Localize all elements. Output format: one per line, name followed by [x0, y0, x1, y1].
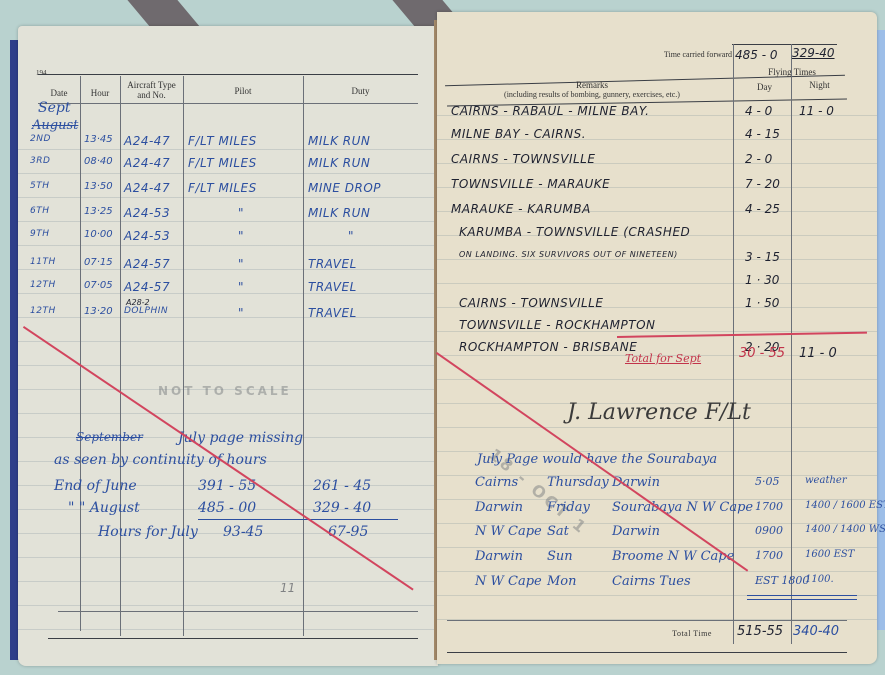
note-line-2: as seen by continuity of hours	[54, 452, 267, 468]
note-july-day: 93-45	[223, 524, 263, 540]
flying-time-day: 4 - 15	[745, 127, 780, 141]
remark-text: Marauke - Karumba	[451, 202, 591, 216]
footer-rule	[447, 620, 847, 621]
entry-duty: Travel	[308, 257, 357, 271]
signature: J. Lawrence F/Lt	[567, 400, 751, 425]
total-time-night: 340-40	[793, 624, 839, 639]
double-rule	[747, 595, 857, 596]
sourabaya-to: Sourabaya N W Cape	[612, 500, 753, 515]
sourabaya-day: Mon	[547, 574, 577, 589]
entry-hour: 13·45	[84, 134, 113, 145]
pencil-mark: 11	[280, 581, 295, 595]
flying-time-day: 7 - 20	[745, 177, 780, 191]
sourabaya-to: Darwin	[612, 475, 660, 490]
entry-duty: Milk Run	[308, 156, 370, 170]
flying-time-day: 1 · 30	[745, 273, 779, 287]
header-rule-bottom	[38, 103, 418, 104]
entry-pilot: F/Lt Miles	[188, 134, 257, 148]
remark-text: Cairns - Rabaul - Milne Bay.	[451, 104, 649, 118]
entry-hour: 13·25	[84, 206, 113, 217]
remarks-subheader: (including results of bombing, gunnery, …	[447, 90, 737, 100]
column-divider	[183, 76, 184, 636]
flying-time-day: 1 · 50	[745, 296, 779, 310]
carried-forward-night: 329-40	[792, 46, 835, 60]
entry-aircraft: A24-53	[124, 229, 170, 243]
remark-text: Milne Bay - Cairns.	[451, 127, 586, 141]
column-divider	[80, 76, 81, 631]
entry-pilot: F/Lt Miles	[188, 181, 257, 195]
carried-forward-label: Time carried forward	[612, 50, 732, 60]
total-time-label: Total Time	[652, 629, 732, 639]
remark-text: on landing. Six survivors out of ninetee…	[459, 250, 678, 259]
entry-hour: 13·20	[84, 306, 113, 317]
sourabaya-day: Sat	[547, 524, 569, 539]
entry-aircraft: Dolphin	[124, 306, 168, 316]
sourabaya-col2: weather	[805, 475, 847, 486]
day-header: Day	[737, 82, 792, 92]
entry-pilot: "	[238, 206, 244, 220]
header-aircraft: Aircraft Type and No.	[120, 80, 183, 100]
entry-hour: 07·15	[84, 257, 113, 268]
sourabaya-col2: 1600 EST	[805, 549, 854, 560]
footer-rule	[58, 611, 418, 612]
note-struck: September	[76, 430, 143, 444]
sourabaya-col1: EST 1800	[755, 574, 809, 587]
sourabaya-to: Broome N W Cape	[612, 549, 734, 564]
total-sept-label: Total for Sept	[625, 352, 701, 365]
entry-date: 6TH	[30, 206, 50, 216]
sourabaya-to: Darwin	[612, 524, 660, 539]
night-header: Night	[792, 80, 847, 90]
sourabaya-col1: 1700	[755, 500, 783, 513]
entry-pilot: F/Lt Miles	[188, 156, 257, 170]
sourabaya-to: Cairns Tues	[612, 574, 691, 589]
sourabaya-col1: 5·05	[755, 475, 780, 488]
sourabaya-col1: 1700	[755, 549, 783, 562]
entry-duty: Mine Drop	[308, 181, 381, 195]
entry-hour: 07·05	[84, 280, 113, 291]
ruled-lines	[18, 126, 438, 636]
entry-date: 12TH	[30, 306, 56, 316]
note-end-june-label: End of June	[54, 478, 137, 494]
logbook-right-page: Time carried forward 485 - 0 329-40 Rema…	[437, 12, 877, 664]
entry-date: 12TH	[30, 280, 56, 290]
entry-aircraft: A24-57	[124, 280, 170, 294]
sourabaya-day: Thursday	[547, 475, 609, 490]
column-divider	[120, 76, 121, 636]
month-struck: August	[32, 118, 78, 133]
sourabaya-col1: 0900	[755, 524, 783, 537]
logbook-left-page: 194… Date Hour Aircraft Type and No. Pil…	[18, 26, 438, 666]
stamp-mark: NOT TO SCALE	[158, 384, 292, 398]
remark-text: Townsville - Rockhampton	[459, 318, 656, 332]
footer-rule-bottom	[48, 638, 418, 639]
entry-duty: "	[348, 229, 354, 243]
remark-text: Townsville - Marauke	[451, 177, 610, 191]
remark-text: Rockhampton - Brisbane	[459, 340, 637, 354]
sourabaya-from: N W Cape	[475, 574, 542, 589]
flying-time-day: 4 - 25	[745, 202, 780, 216]
entry-hour: 10·00	[84, 229, 113, 240]
footer-rule-bottom	[447, 652, 847, 653]
entry-pilot: "	[238, 229, 244, 243]
double-rule	[747, 599, 857, 600]
remarks-header: Remarks	[447, 80, 737, 90]
flying-time-day: 3 - 15	[745, 250, 780, 264]
header-rule	[38, 74, 418, 75]
header-duty: Duty	[303, 86, 418, 96]
entry-aircraft: A24-57	[124, 257, 170, 271]
flying-time-day: 4 - 0	[745, 104, 772, 118]
sum-rule	[198, 519, 398, 520]
note-august-label: " " August	[68, 500, 140, 516]
header-pilot: Pilot	[183, 86, 303, 96]
column-divider	[303, 76, 304, 636]
entry-pilot: "	[238, 257, 244, 271]
entry-duty: Travel	[308, 280, 357, 294]
entry-aircraft: A24-47	[124, 181, 170, 195]
entry-date: 11TH	[30, 257, 56, 267]
header-date: Date	[38, 88, 80, 98]
remark-text: Cairns - Townsville	[459, 296, 603, 310]
entry-duty: Milk Run	[308, 206, 370, 220]
entry-pilot: "	[238, 280, 244, 294]
entry-duty: Milk Run	[308, 134, 370, 148]
sourabaya-from: Cairns	[475, 475, 518, 490]
entry-hour: 08·40	[84, 156, 113, 167]
entry-aircraft: A24-53	[124, 206, 170, 220]
entry-date: 9TH	[30, 229, 50, 239]
sourabaya-from: N W Cape	[475, 524, 542, 539]
entry-date: 3RD	[30, 156, 50, 166]
sourabaya-from: Darwin	[475, 500, 523, 515]
sourabaya-day: Sun	[547, 549, 573, 564]
sourabaya-from: Darwin	[475, 549, 523, 564]
night-column-divider	[791, 44, 792, 644]
sourabaya-col2: 1400 / 1400 WST	[805, 524, 885, 535]
year-label: 194…	[36, 68, 54, 78]
flying-times-header: Flying Times	[737, 67, 847, 77]
note-august-day: 485 - 00	[198, 500, 256, 516]
total-sept-night: 11 - 0	[799, 346, 837, 361]
entry-aircraft: A24-47	[124, 156, 170, 170]
total-sept-day: 30 - 55	[739, 346, 785, 361]
sourabaya-day: Friday	[547, 500, 590, 515]
sourabaya-col2: 1400 / 1600 EST	[805, 500, 885, 511]
total-time-day: 515-55	[737, 624, 783, 639]
carried-forward-day: 485 - 0	[735, 48, 778, 62]
remark-text: Karumba - Townsville (crashed	[459, 225, 690, 239]
remark-text: Cairns - Townsville	[451, 152, 595, 166]
note-end-june-day: 391 - 55	[198, 478, 256, 494]
entry-duty: Travel	[308, 306, 357, 320]
entry-hour: 13·50	[84, 181, 113, 192]
header-hour: Hour	[80, 88, 120, 98]
entry-aircraft: A24-47	[124, 134, 170, 148]
note-end-june-night: 261 - 45	[313, 478, 371, 494]
month-label: Sept	[38, 100, 70, 116]
entry-pilot: "	[238, 306, 244, 320]
flying-time-day: 2 - 0	[745, 152, 772, 166]
note-august-night: 329 - 40	[313, 500, 371, 516]
entry-date: 2ND	[30, 134, 51, 144]
note-july-label: Hours for July	[98, 524, 198, 540]
flying-time-night: 11 - 0	[799, 104, 834, 118]
header-rule	[732, 44, 837, 45]
sourabaya-col2: 1100.	[805, 574, 834, 585]
entry-date: 5TH	[30, 181, 50, 191]
